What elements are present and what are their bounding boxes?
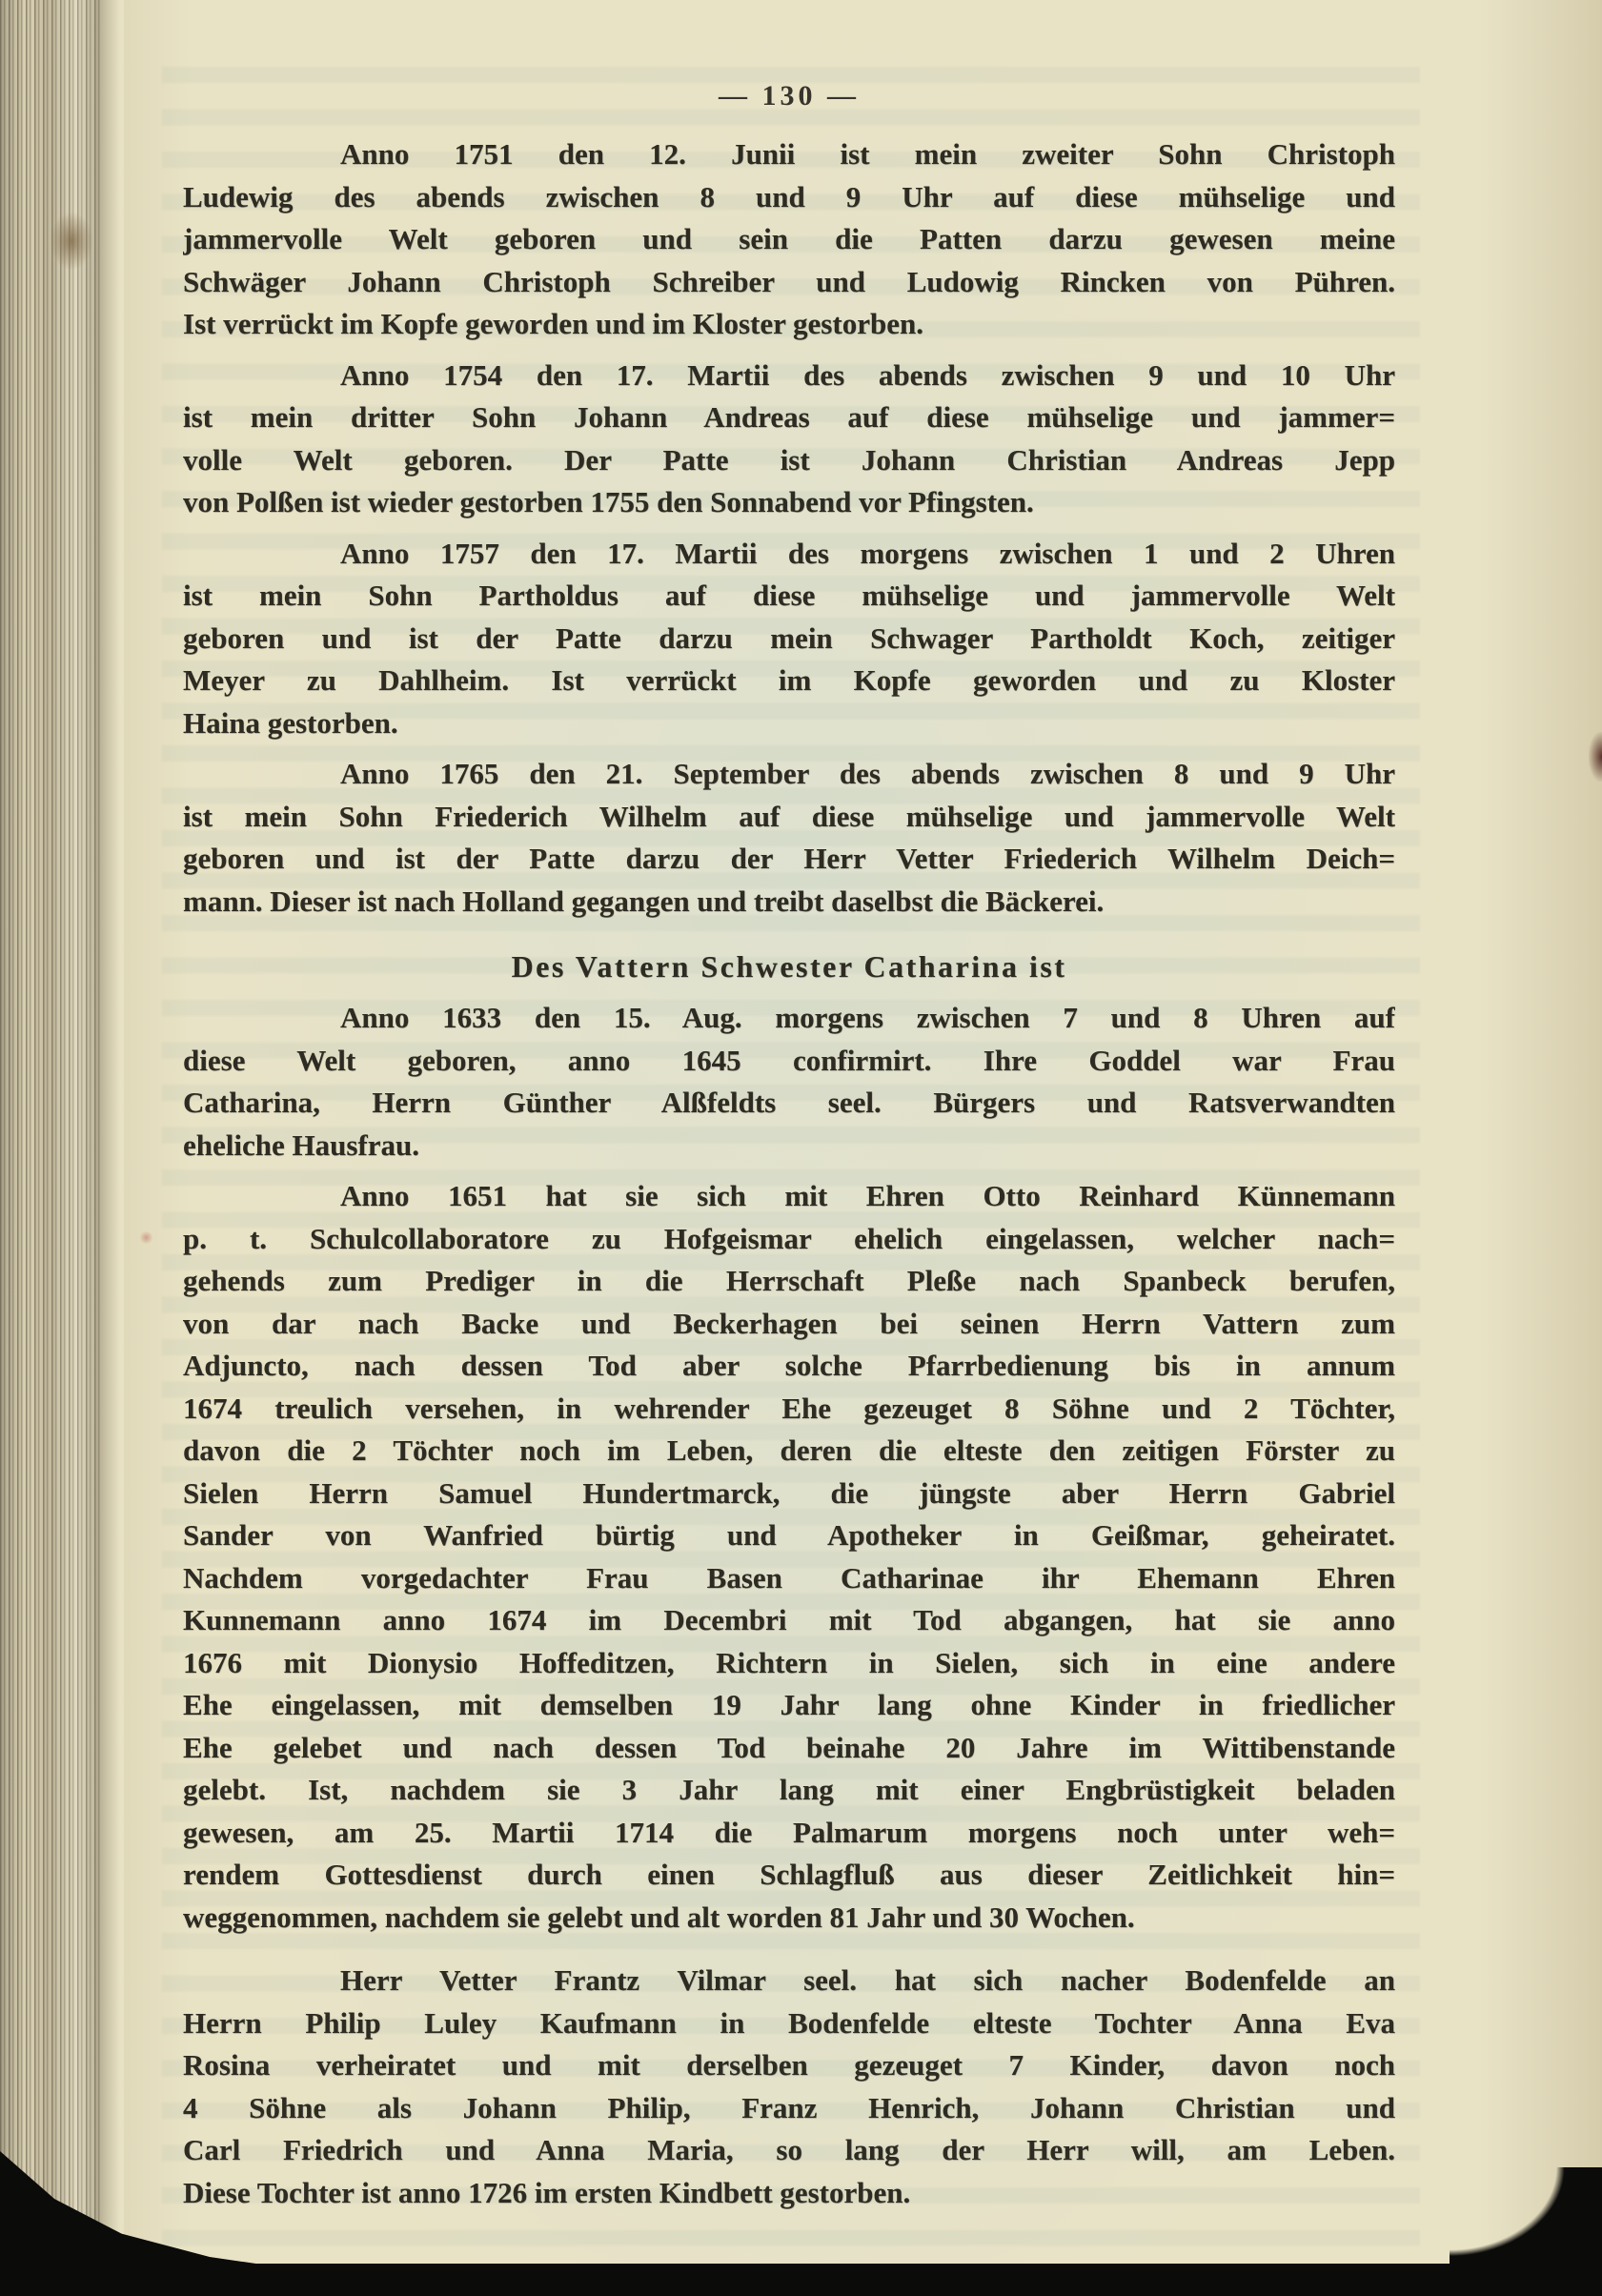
paragraph: Anno 1633 den 15. Aug. morgens zwischen … (183, 997, 1395, 1167)
text-line: volle Welt geboren. Der Patte ist Johann… (183, 439, 1395, 482)
paper-smudge (50, 212, 93, 271)
text-line: von dar nach Backe und Beckerhagen bei s… (183, 1303, 1395, 1346)
text-line: Adjuncto, nach dessen Tod aber solche Pf… (183, 1345, 1395, 1388)
scan-background-bottom (0, 2264, 1602, 2296)
paper-blemish (139, 1231, 153, 1244)
text-line: Ist verrückt im Kopfe geworden und im Kl… (183, 303, 1395, 346)
page-edges-shading (0, 0, 124, 2296)
text-line: Nachdem vorgedachter Frau Basen Catharin… (183, 1557, 1395, 1600)
text-line: Ehe eingelassen, mit demselben 19 Jahr l… (183, 1684, 1395, 1727)
text-line: Rosina verheiratet und mit derselben gez… (183, 2044, 1395, 2087)
text-line: Anno 1757 den 17. Martii des morgens zwi… (183, 533, 1395, 576)
text-line: 4 Söhne als Johann Philip, Franz Henrich… (183, 2087, 1395, 2130)
text-line: Diese Tochter ist anno 1726 im ersten Ki… (183, 2172, 1395, 2215)
paragraph: Anno 1765 den 21. September des abends z… (183, 753, 1395, 923)
text-line: Anno 1765 den 21. September des abends z… (183, 753, 1395, 796)
text-line: gelebt. Ist, nachdem sie 3 Jahr lang mit… (183, 1769, 1395, 1812)
text-line: rendem Gottesdienst durch einen Schlagfl… (183, 1854, 1395, 1897)
text-column: — 130 — Anno 1751 den 12. Junii ist mein… (183, 80, 1395, 2223)
paragraph: Anno 1754 den 17. Martii des abends zwis… (183, 355, 1395, 524)
text-line: gehends zum Prediger in die Herrschaft P… (183, 1260, 1395, 1303)
text-line: 1676 mit Dionysio Hoffeditzen, Richtern … (183, 1642, 1395, 1685)
edge-stain (1589, 732, 1602, 782)
text-line: Meyer zu Dahlheim. Ist verrückt im Kopfe… (183, 660, 1395, 702)
page-number: — 130 — (183, 80, 1395, 112)
text-line: eheliche Hausfrau. (183, 1125, 1395, 1168)
text-line: Herr Vetter Frantz Vilmar seel. hat sich… (183, 1960, 1395, 2002)
paragraph: Anno 1651 hat sie sich mit Ehren Otto Re… (183, 1175, 1395, 1939)
paragraph: Herr Vetter Frantz Vilmar seel. hat sich… (183, 1960, 1395, 2214)
section-heading: Des Vattern Schwester Catharina ist (183, 949, 1395, 985)
text-line: 1674 treulich versehen, in wehrender Ehe… (183, 1388, 1395, 1431)
text-line: mann. Dieser ist nach Holland gegangen u… (183, 881, 1395, 924)
text-line: Herrn Philip Luley Kaufmann in Bodenfeld… (183, 2002, 1395, 2045)
text-line: geboren und ist der Patte darzu der Herr… (183, 838, 1395, 881)
text-line: Carl Friedrich und Anna Maria, so lang d… (183, 2129, 1395, 2172)
text-line: diese Welt geboren, anno 1645 confirmirt… (183, 1040, 1395, 1083)
paragraph: Anno 1757 den 17. Martii des morgens zwi… (183, 533, 1395, 745)
text-line: p. t. Schulcollaboratore zu Hofgeismar e… (183, 1218, 1395, 1261)
text-line: Anno 1633 den 15. Aug. morgens zwischen … (183, 997, 1395, 1040)
text-line: von Polßen ist wieder gestorben 1755 den… (183, 481, 1395, 524)
text-line: geboren und ist der Patte darzu mein Sch… (183, 618, 1395, 660)
text-line: Sander von Wanfried bürtig und Apotheker… (183, 1514, 1395, 1557)
text-line: Schwäger Johann Christoph Schreiber und … (183, 261, 1395, 304)
text-line: Ludewig des abends zwischen 8 und 9 Uhr … (183, 176, 1395, 219)
text-line: ist mein Sohn Friederich Wilhelm auf die… (183, 796, 1395, 839)
text-line: Sielen Herrn Samuel Hundertmarck, die jü… (183, 1473, 1395, 1515)
text-line: ist mein dritter Sohn Johann Andreas auf… (183, 396, 1395, 439)
text-line: Kunnemann anno 1674 im Decembri mit Tod … (183, 1599, 1395, 1642)
text-line: jammervolle Welt geboren und sein die Pa… (183, 218, 1395, 261)
text-line: Catharina, Herrn Günther Alßfeldts seel.… (183, 1082, 1395, 1125)
paragraph: Anno 1751 den 12. Junii ist mein zweiter… (183, 133, 1395, 346)
text-line: Haina gestorben. (183, 702, 1395, 745)
text-line: ist mein Sohn Partholdus auf diese mühse… (183, 575, 1395, 618)
scan-background-bottom-right (1450, 2167, 1602, 2267)
text-line: Anno 1754 den 17. Martii des abends zwis… (183, 355, 1395, 397)
text-line: Ehe gelebet und nach dessen Tod beinahe … (183, 1727, 1395, 1770)
text-line: gewesen, am 25. Martii 1714 die Palmarum… (183, 1812, 1395, 1855)
text-line: davon die 2 Töchter noch im Leben, deren… (183, 1430, 1395, 1473)
text-line: Anno 1751 den 12. Junii ist mein zweiter… (183, 133, 1395, 176)
text-line: Anno 1651 hat sie sich mit Ehren Otto Re… (183, 1175, 1395, 1218)
scanned-book-page: { "page": { "number_display": "— 130 —",… (0, 0, 1602, 2296)
text-line: weggenommen, nachdem sie gelebt und alt … (183, 1897, 1395, 1940)
